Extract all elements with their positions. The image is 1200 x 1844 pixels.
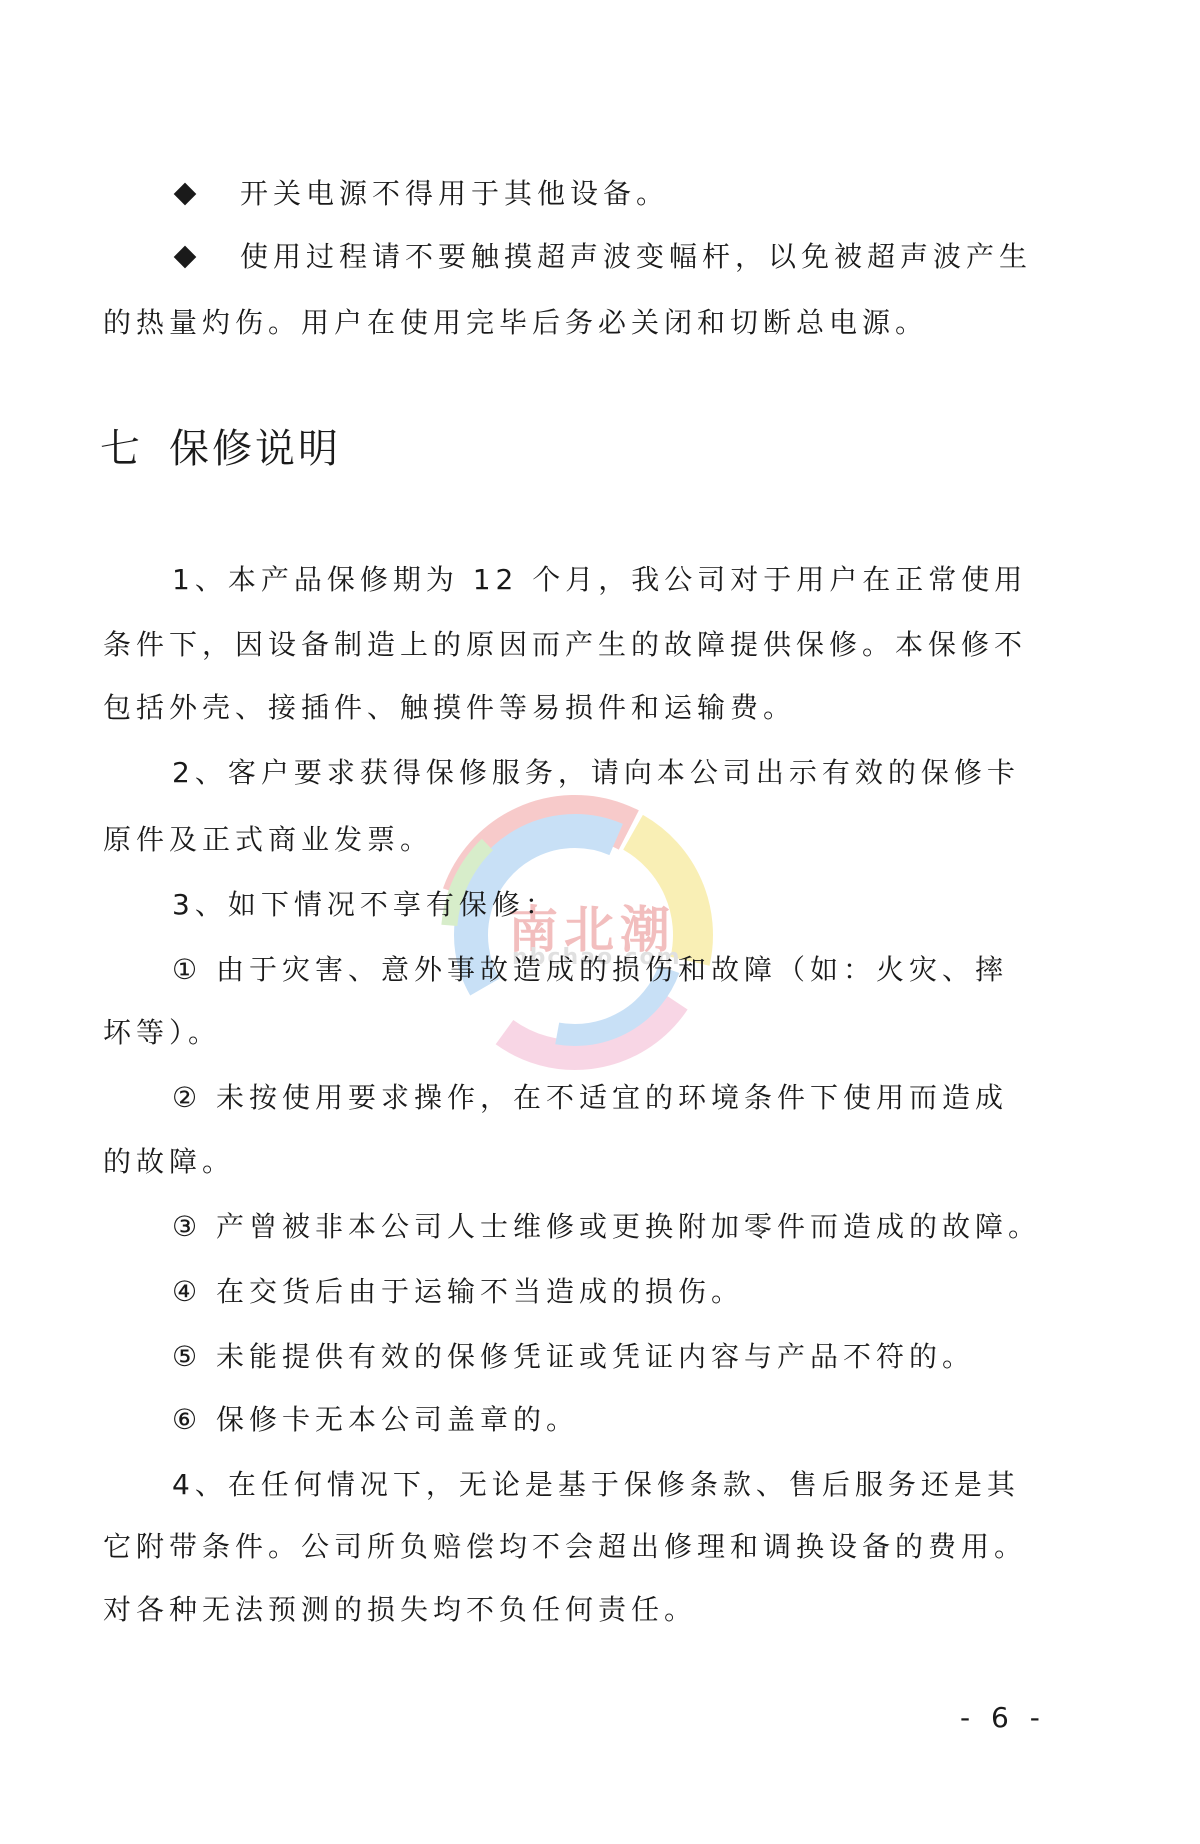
list-item: ③ 产曾被非本公司人士维修或更换附加零件而造成的故障。: [172, 1207, 1041, 1247]
list-item: ④ 在交货后由于运输不当造成的损伤。: [172, 1272, 744, 1312]
diamond-bullet-icon: [174, 246, 196, 268]
body-line: 条件下，因设备制造上的原因而产生的故障提供保修。本保修不: [103, 625, 1027, 665]
bullet-continuation: 的热量灼伤。用户在使用完毕后务必关闭和切断总电源。: [103, 303, 928, 343]
body-line: 3、如下情况不享有保修：: [172, 885, 558, 925]
body-line: 坏等）。: [103, 1013, 221, 1053]
section-number: 七: [100, 426, 143, 472]
body-line: 4、在任何情况下，无论是基于保修条款、售后服务还是其: [172, 1465, 1020, 1505]
list-item: ② 未按使用要求操作，在不适宜的环境条件下使用而造成: [172, 1078, 1008, 1118]
body-line: 对各种无法预测的损失均不负任何责任。: [103, 1590, 697, 1630]
list-item: ① 由于灾害、意外事故造成的损伤和故障（如：火灾、摔: [172, 950, 1008, 990]
watermark: 南北潮 nbchao.com: [420, 780, 730, 1090]
body-line: 的故障。: [103, 1142, 235, 1182]
body-line: 2、客户要求获得保修服务，请向本公司出示有效的保修卡: [172, 753, 1020, 793]
body-line: 它附带条件。公司所负赔偿均不会超出修理和调换设备的费用。: [103, 1527, 1027, 1567]
section-heading: 七保修说明: [100, 424, 341, 474]
bullet-text: 使用过程请不要触摸超声波变幅杆，以免被超声波产生: [240, 237, 1032, 277]
list-item: ⑥ 保修卡无本公司盖章的。: [172, 1400, 579, 1440]
page-number: - 6 -: [960, 1700, 1046, 1736]
diamond-bullet-icon: [174, 183, 196, 205]
list-item: ⑤ 未能提供有效的保修凭证或凭证内容与产品不符的。: [172, 1337, 975, 1377]
body-line: 包括外壳、接插件、触摸件等易损件和运输费。: [103, 688, 796, 728]
body-line: 1、本产品保修期为 12 个月，我公司对于用户在正常使用: [172, 560, 1027, 600]
document-page: 开关电源不得用于其他设备。 使用过程请不要触摸超声波变幅杆，以免被超声波产生 的…: [0, 0, 1200, 1844]
bullet-text: 开关电源不得用于其他设备。: [240, 174, 669, 214]
body-line: 原件及正式商业发票。: [103, 820, 433, 860]
section-title: 保修说明: [169, 426, 341, 472]
